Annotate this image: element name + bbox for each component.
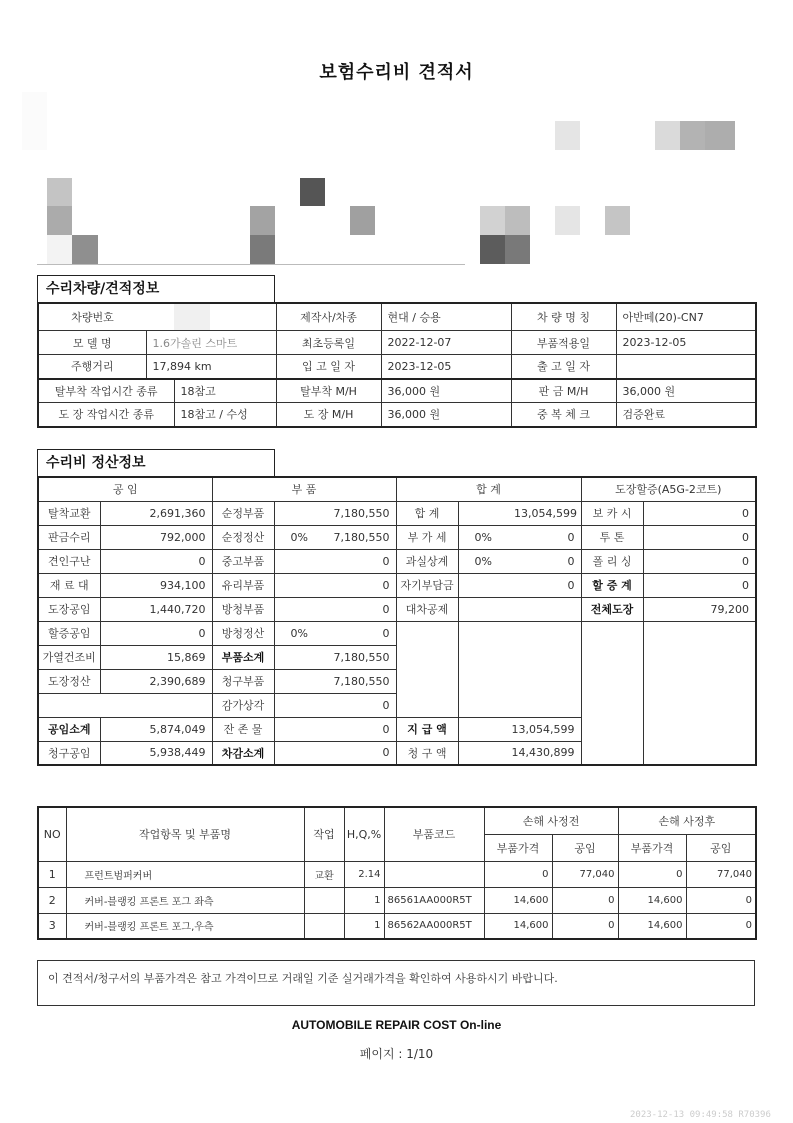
total-pct bbox=[458, 573, 508, 597]
total-label: 자기부담금 bbox=[396, 573, 458, 597]
table-row: 3 커버-블랭킹 프론트 포그,우측 1 86562AA000R5T 14,60… bbox=[38, 913, 756, 939]
parts-label: 잔 존 물 bbox=[212, 717, 274, 741]
vehicle-row-removal: 탈부착 작업시간 종류 18참고 탈부착 M/H 36,000 원 판 금 M/… bbox=[38, 379, 756, 403]
parts-label: 순정정산 bbox=[212, 525, 274, 549]
total-empty-value bbox=[458, 621, 581, 717]
parts-value: 7,180,550 bbox=[324, 501, 396, 525]
parts-value: 0 bbox=[274, 693, 396, 717]
parts-value: 0 bbox=[324, 621, 396, 645]
row-work bbox=[304, 913, 344, 939]
row-code bbox=[384, 861, 484, 887]
section-title-settlement: 수리비 정산정보 bbox=[37, 449, 275, 476]
parts-value: 0 bbox=[274, 717, 396, 741]
label-dup-check: 중 복 체 크 bbox=[511, 403, 616, 427]
labor-label: 판금수리 bbox=[38, 525, 100, 549]
row-name: 프런트범퍼커버 bbox=[66, 861, 304, 887]
header-code: 부품코드 bbox=[384, 807, 484, 861]
paint-value: 79,200 bbox=[643, 597, 756, 621]
row-no: 2 bbox=[38, 887, 66, 913]
paint-empty-label bbox=[581, 621, 643, 765]
vehicle-row-model: 모 델 명 1.6가솔린 스마트 최초등록일 2022-12-07 부품적용일 … bbox=[38, 331, 756, 355]
labor-value: 2,691,360 bbox=[100, 501, 212, 525]
parts-label: 방청부품 bbox=[212, 597, 274, 621]
total-label: 청 구 액 bbox=[396, 741, 458, 765]
total-value: 0 bbox=[508, 549, 581, 573]
items-table: NO 작업항목 및 부품명 작업 H,Q,% 부품코드 손해 사정전 손해 사정… bbox=[37, 806, 757, 940]
total-label: 대차공제 bbox=[396, 597, 458, 621]
header-work: 작업 bbox=[304, 807, 344, 861]
parts-label: 감가상각 bbox=[212, 693, 274, 717]
header-parts: 부 품 bbox=[212, 477, 396, 501]
value-in-date: 2023-12-05 bbox=[381, 355, 511, 379]
total-value: 13,054,599 bbox=[508, 501, 581, 525]
parts-value: 7,180,550 bbox=[274, 669, 396, 693]
header-before-part: 부품가격 bbox=[484, 834, 552, 861]
parts-value: 0 bbox=[324, 549, 396, 573]
label-model: 모 델 명 bbox=[38, 331, 146, 355]
value-first-reg: 2022-12-07 bbox=[381, 331, 511, 355]
label-plate: 차량번호 bbox=[38, 303, 146, 331]
row-before-labor: 77,040 bbox=[552, 861, 618, 887]
value-removal-type: 18참고 bbox=[174, 379, 276, 403]
parts-pct bbox=[274, 573, 324, 597]
row-work: 교환 bbox=[304, 861, 344, 887]
header-hq: H,Q,% bbox=[344, 807, 384, 861]
paint-empty-value bbox=[643, 621, 756, 765]
total-label: 지 급 액 bbox=[396, 717, 458, 741]
labor-value: 0 bbox=[100, 621, 212, 645]
row-no: 1 bbox=[38, 861, 66, 887]
total-value bbox=[458, 597, 581, 621]
row-before-part: 14,600 bbox=[484, 913, 552, 939]
labor-label: 도장정산 bbox=[38, 669, 100, 693]
row-no: 3 bbox=[38, 913, 66, 939]
parts-pct: 0% bbox=[274, 525, 324, 549]
row-after-part: 14,600 bbox=[618, 913, 686, 939]
vehicle-row-paint: 도 장 작업시간 종류 18참고 / 수성 도 장 M/H 36,000 원 중… bbox=[38, 403, 756, 427]
labor-value: 2,390,689 bbox=[100, 669, 212, 693]
total-label: 합 계 bbox=[396, 501, 458, 525]
total-pct: 0% bbox=[458, 525, 508, 549]
header-no: NO bbox=[38, 807, 66, 861]
paint-label: 투 톤 bbox=[581, 525, 643, 549]
parts-label: 순정부품 bbox=[212, 501, 274, 525]
labor-label: 공임소계 bbox=[38, 717, 100, 741]
row-work bbox=[304, 887, 344, 913]
value-paint-mh: 36,000 원 bbox=[381, 403, 511, 427]
parts-value: 0 bbox=[324, 573, 396, 597]
settlement-table: 공 임 부 품 합 계 도장할증(A5G-2코트) 탈착교환 2,691,360… bbox=[37, 476, 757, 766]
label-removal-mh: 탈부착 M/H bbox=[276, 379, 381, 403]
header-total: 합 계 bbox=[396, 477, 581, 501]
labor-label: 탈착교환 bbox=[38, 501, 100, 525]
labor-value: 5,874,049 bbox=[100, 717, 212, 741]
labor-value: 792,000 bbox=[100, 525, 212, 549]
paint-value: 0 bbox=[643, 549, 756, 573]
labor-label: 도장공임 bbox=[38, 597, 100, 621]
value-sheet-mh: 36,000 원 bbox=[616, 379, 756, 403]
print-timestamp: 2023-12-13 09:49:58 R70396 bbox=[630, 1110, 771, 1120]
parts-label: 유리부품 bbox=[212, 573, 274, 597]
header-after: 손해 사정후 bbox=[618, 807, 756, 834]
value-plate-redacted bbox=[174, 303, 276, 331]
paint-value: 0 bbox=[643, 501, 756, 525]
header-paint: 도장할증(A5G-2코트) bbox=[581, 477, 756, 501]
header-divider bbox=[37, 264, 465, 265]
row-after-labor: 0 bbox=[686, 913, 756, 939]
paint-label: 폴 리 싱 bbox=[581, 549, 643, 573]
footer-brand: AUTOMOBILE REPAIR COST On-line bbox=[0, 1018, 793, 1032]
row-after-part: 0 bbox=[618, 861, 686, 887]
value-model: 1.6가솔린 스마트 bbox=[146, 331, 276, 355]
label-car-name: 차 량 명 칭 bbox=[511, 303, 616, 331]
total-pct bbox=[458, 501, 508, 525]
row-name: 커버-블랭킹 프론트 포그 좌측 bbox=[66, 887, 304, 913]
row-after-labor: 77,040 bbox=[686, 861, 756, 887]
label-mileage: 주행거리 bbox=[38, 355, 146, 379]
paint-value: 0 bbox=[643, 525, 756, 549]
total-empty-label bbox=[396, 621, 458, 717]
vehicle-row-plate: 차량번호 제작사/차종 현대 / 승용 차 량 명 칭 아반떼(20)-CN7 bbox=[38, 303, 756, 331]
section-title-vehicle-info: 수리차량/견적정보 bbox=[37, 275, 275, 302]
value-car-name: 아반떼(20)-CN7 bbox=[616, 303, 756, 331]
total-value: 0 bbox=[508, 525, 581, 549]
parts-label: 청구부품 bbox=[212, 669, 274, 693]
parts-pct: 0% bbox=[274, 621, 324, 645]
vehicle-row-mileage: 주행거리 17,894 km 입 고 일 자 2023-12-05 출 고 일 … bbox=[38, 355, 756, 379]
value-maker: 현대 / 승용 bbox=[381, 303, 511, 331]
label-paint-type: 도 장 작업시간 종류 bbox=[38, 403, 174, 427]
parts-pct bbox=[274, 597, 324, 621]
labor-value: 1,440,720 bbox=[100, 597, 212, 621]
vehicle-info-table: 차량번호 제작사/차종 현대 / 승용 차 량 명 칭 아반떼(20)-CN7 … bbox=[37, 302, 757, 428]
header-before: 손해 사정전 bbox=[484, 807, 618, 834]
value-mileage: 17,894 km bbox=[146, 355, 276, 379]
value-dup-check: 검증완료 bbox=[616, 403, 756, 427]
document-title: 보험수리비 견적서 bbox=[0, 58, 793, 84]
total-value: 14,430,899 bbox=[458, 741, 581, 765]
label-removal-type: 탈부착 작업시간 종류 bbox=[38, 379, 174, 403]
settlement-header-row: 공 임 부 품 합 계 도장할증(A5G-2코트) bbox=[38, 477, 756, 501]
row-before-part: 14,600 bbox=[484, 887, 552, 913]
label-maker: 제작사/차종 bbox=[276, 303, 381, 331]
header-name: 작업항목 및 부품명 bbox=[66, 807, 304, 861]
header-labor: 공 임 bbox=[38, 477, 212, 501]
paint-label: 할 증 계 bbox=[581, 573, 643, 597]
parts-label: 차감소계 bbox=[212, 741, 274, 765]
labor-label: 가열건조비 bbox=[38, 645, 100, 669]
parts-pct bbox=[274, 549, 324, 573]
total-label: 과실상계 bbox=[396, 549, 458, 573]
paint-value: 0 bbox=[643, 573, 756, 597]
header-after-labor: 공임 bbox=[686, 834, 756, 861]
total-value: 13,054,599 bbox=[458, 717, 581, 741]
header-before-labor: 공임 bbox=[552, 834, 618, 861]
labor-value: 15,869 bbox=[100, 645, 212, 669]
labor-label: 청구공임 bbox=[38, 741, 100, 765]
label-in-date: 입 고 일 자 bbox=[276, 355, 381, 379]
label-out-date: 출 고 일 자 bbox=[511, 355, 616, 379]
parts-value: 7,180,550 bbox=[274, 645, 396, 669]
row-before-labor: 0 bbox=[552, 887, 618, 913]
row-name: 커버-블랭킹 프론트 포그,우측 bbox=[66, 913, 304, 939]
label-sheet-mh: 판 금 M/H bbox=[511, 379, 616, 403]
label-parts-date: 부품적용일 bbox=[511, 331, 616, 355]
row-hq: 1 bbox=[344, 887, 384, 913]
table-row: 2 커버-블랭킹 프론트 포그 좌측 1 86561AA000R5T 14,60… bbox=[38, 887, 756, 913]
row-before-labor: 0 bbox=[552, 913, 618, 939]
header-after-part: 부품가격 bbox=[618, 834, 686, 861]
parts-value: 7,180,550 bbox=[324, 525, 396, 549]
labor-empty bbox=[38, 693, 212, 717]
row-after-part: 14,600 bbox=[618, 887, 686, 913]
labor-value: 934,100 bbox=[100, 573, 212, 597]
row-after-labor: 0 bbox=[686, 887, 756, 913]
value-removal-mh: 36,000 원 bbox=[381, 379, 511, 403]
paint-label: 전체도장 bbox=[581, 597, 643, 621]
parts-label: 방청정산 bbox=[212, 621, 274, 645]
labor-label: 견인구난 bbox=[38, 549, 100, 573]
parts-pct bbox=[274, 501, 324, 525]
row-code: 86561AA000R5T bbox=[384, 887, 484, 913]
parts-value: 0 bbox=[274, 741, 396, 765]
label-paint-mh: 도 장 M/H bbox=[276, 403, 381, 427]
page-indicator: 페이지 : 1/10 bbox=[0, 1045, 793, 1062]
row-before-part: 0 bbox=[484, 861, 552, 887]
labor-value: 5,938,449 bbox=[100, 741, 212, 765]
total-pct: 0% bbox=[458, 549, 508, 573]
total-label: 부 가 세 bbox=[396, 525, 458, 549]
label-first-reg: 최초등록일 bbox=[276, 331, 381, 355]
row-code: 86562AA000R5T bbox=[384, 913, 484, 939]
row-hq: 2.14 bbox=[344, 861, 384, 887]
parts-label: 중고부품 bbox=[212, 549, 274, 573]
price-notice: 이 견적서/청구서의 부품가격은 참고 가격이므로 거래일 기준 실거래가격을 … bbox=[37, 960, 755, 1006]
parts-label: 부품소계 bbox=[212, 645, 274, 669]
labor-value: 0 bbox=[100, 549, 212, 573]
labor-label: 할증공임 bbox=[38, 621, 100, 645]
table-row: 1 프런트범퍼커버 교환 2.14 0 77,040 0 77,040 bbox=[38, 861, 756, 887]
parts-value: 0 bbox=[324, 597, 396, 621]
row-hq: 1 bbox=[344, 913, 384, 939]
value-parts-date: 2023-12-05 bbox=[616, 331, 756, 355]
value-paint-type: 18참고 / 수성 bbox=[174, 403, 276, 427]
paint-label: 보 카 시 bbox=[581, 501, 643, 525]
total-value: 0 bbox=[508, 573, 581, 597]
labor-label: 재 료 대 bbox=[38, 573, 100, 597]
value-out-date bbox=[616, 355, 756, 379]
